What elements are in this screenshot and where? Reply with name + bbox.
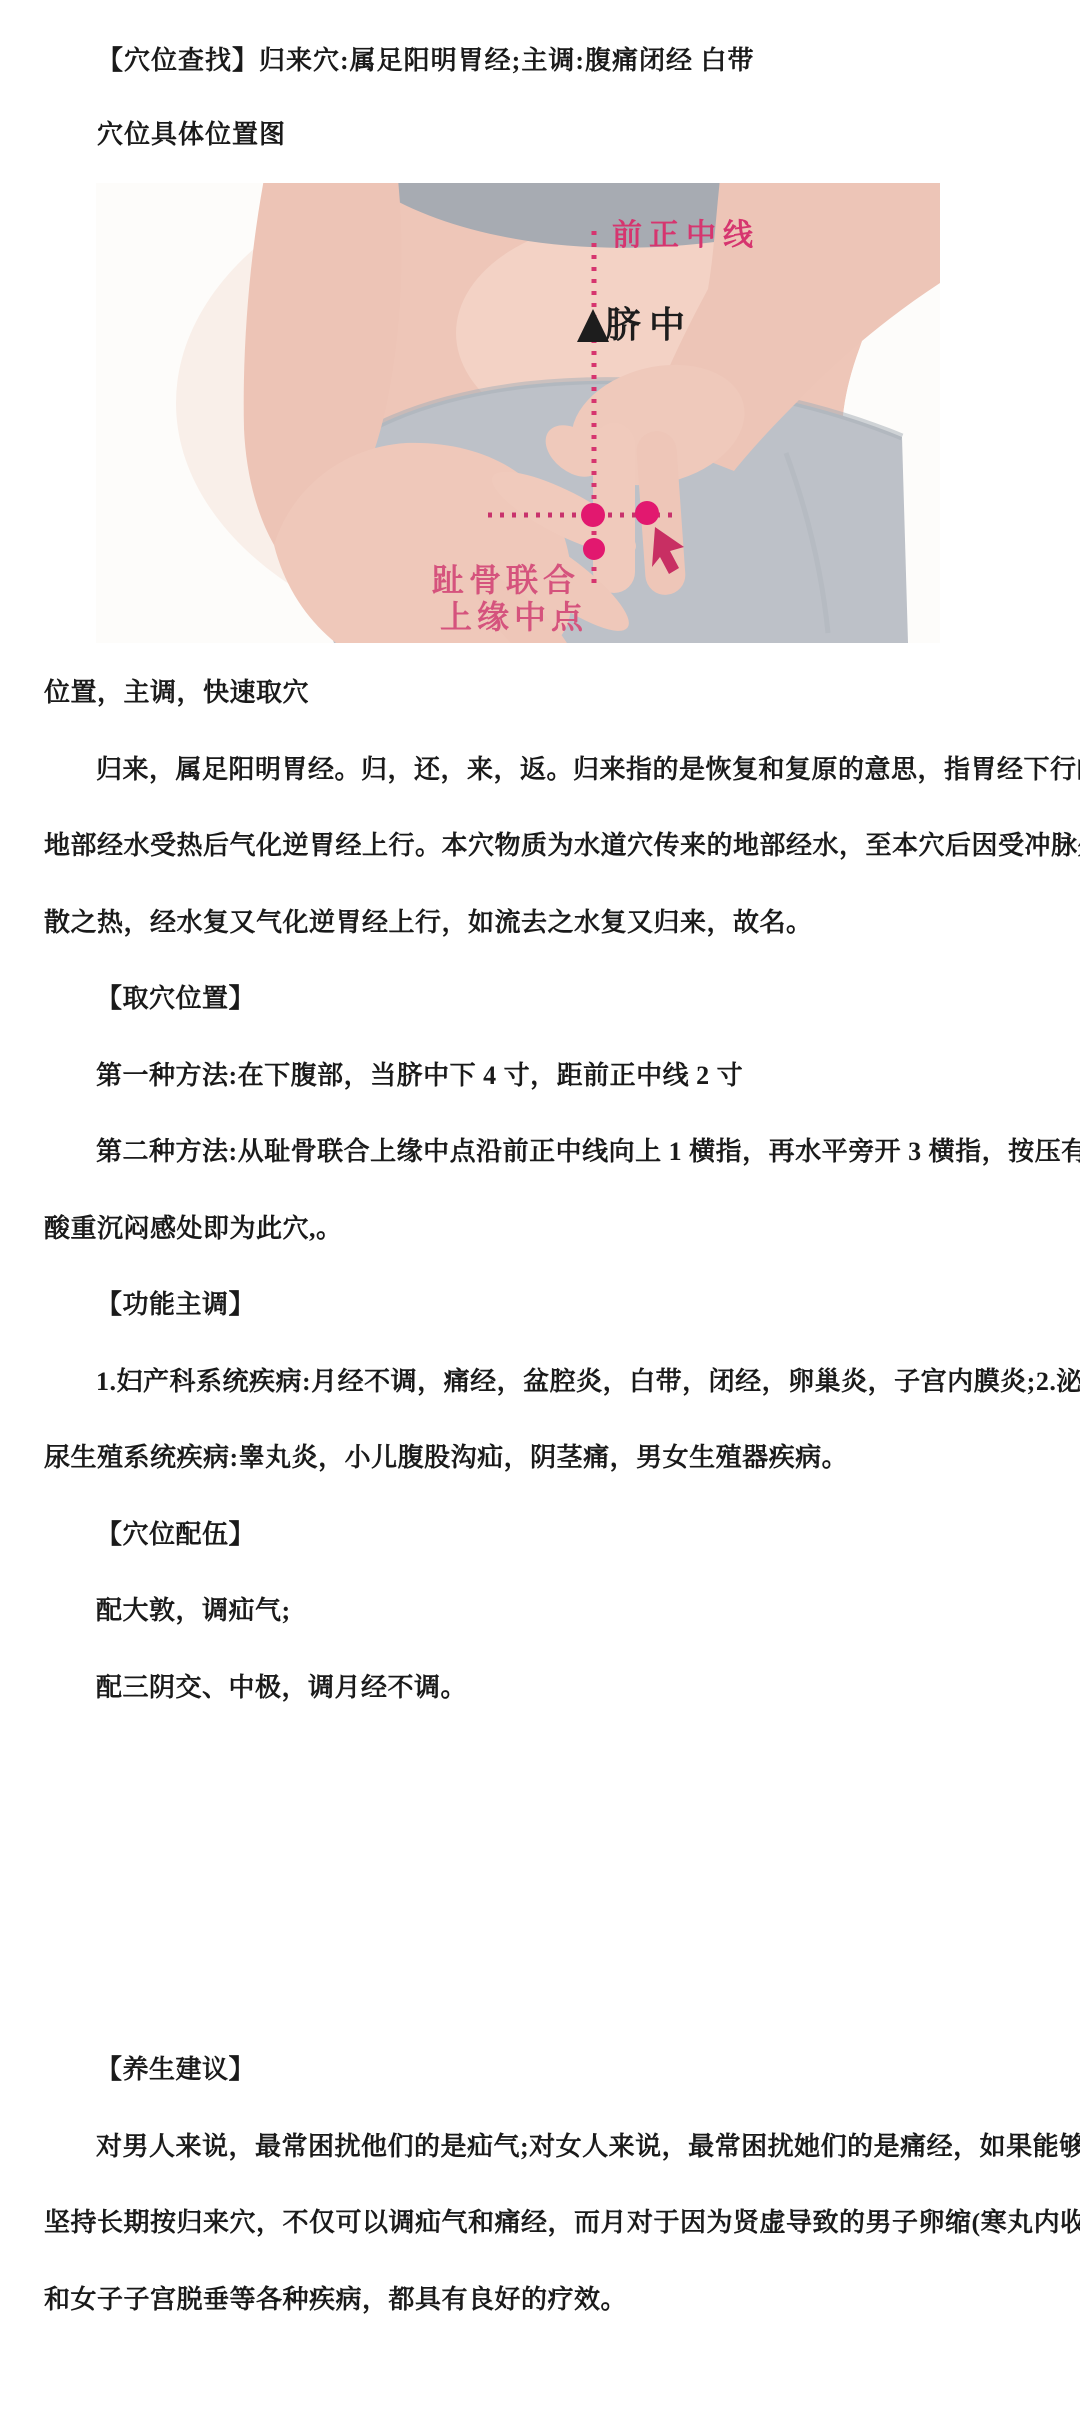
pubic-symphysis-label-line2: 上缘中点 <box>440 601 588 633</box>
midline-label: 前正中线 <box>612 221 760 251</box>
pubic-symphysis-label-line1: 趾骨联合 <box>432 564 580 596</box>
text-line: 酸重沉闷感处即为此穴,。 <box>44 1191 1044 1268</box>
text-line: 第二种方法:从耻骨联合上缘中点沿前正中线向上 1 横指，再水平旁开 3 横指，按… <box>44 1114 1044 1191</box>
acupoint-dot-right <box>635 501 659 525</box>
text-line: 坚持长期按归来穴，不仅可以调疝气和痛经，而月对于因为贤虚导致的男子卵缩(寒丸内收… <box>44 2185 1044 2262</box>
blank-line <box>44 1726 1044 1803</box>
text-line: 【功能主调】 <box>44 1267 1044 1344</box>
text-line: 配大敦，调疝气; <box>44 1573 1044 1650</box>
text-line: 配三阴交、中极，调月经不调。 <box>44 1650 1044 1727</box>
blank-line <box>44 1803 1044 1880</box>
text-line: 【穴位配伍】 <box>44 1497 1044 1574</box>
blank-line <box>44 1879 1044 1956</box>
text-line: 位置，主调，快速取穴 <box>44 655 1044 732</box>
text-line: 归来，属足阳明胃经。归，还，来，返。归来指的是恢复和复原的意思，指胃经下行的 <box>44 732 1044 809</box>
text-line: 第一种方法:在下腹部，当脐中下 4 寸，距前正中线 2 寸 <box>44 1038 1044 1115</box>
acupoint-dot-left <box>581 503 605 527</box>
text-line: 【取穴位置】 <box>44 961 1044 1038</box>
text-line: 1.妇产科系统疾病:月经不调，痛经，盆腔炎，白带，闭经，卵巢炎，子宫内膜炎;2.… <box>44 1344 1044 1421</box>
figure-caption-title: 穴位具体位置图 <box>97 114 286 151</box>
text-line: 【养生建议】 <box>44 2032 1044 2109</box>
text-line: 对男人来说，最常困扰他们的是疝气;对女人来说，最常困扰她们的是痛经，如果能够 <box>44 2109 1044 2186</box>
page-title: 【穴位查找】归来穴:属足阳明胃经;主调:腹痛闭经 白带 <box>97 40 754 77</box>
navel-label: 脐中 <box>605 307 693 343</box>
acupoint-dot-lower <box>583 538 605 560</box>
text-line: 地部经水受热后气化逆胃经上行。本穴物质为水道穴传来的地部经水，至本穴后因受冲脉外 <box>44 808 1044 885</box>
blank-line <box>44 1956 1044 2033</box>
article: 位置，主调，快速取穴归来，属足阳明胃经。归，还，来，返。归来指的是恢复和复原的意… <box>44 655 1044 2338</box>
text-line: 和女子子宫脱垂等各种疾病，都具有良好的疗效。 <box>44 2262 1044 2339</box>
document-page: 【穴位查找】归来穴:属足阳明胃经;主调:腹痛闭经 白带 穴位具体位置图 <box>0 0 1080 2433</box>
text-line: 散之热，经水复又气化逆胃经上行，如流去之水复又归来，故名。 <box>44 885 1044 962</box>
text-line: 尿生殖系统疾病:睾丸炎，小儿腹股沟疝，阴茎痛，男女生殖器疾病。 <box>44 1420 1044 1497</box>
acupoint-location-figure: 前正中线 脐中 趾骨联合 上缘中点 <box>96 183 940 643</box>
